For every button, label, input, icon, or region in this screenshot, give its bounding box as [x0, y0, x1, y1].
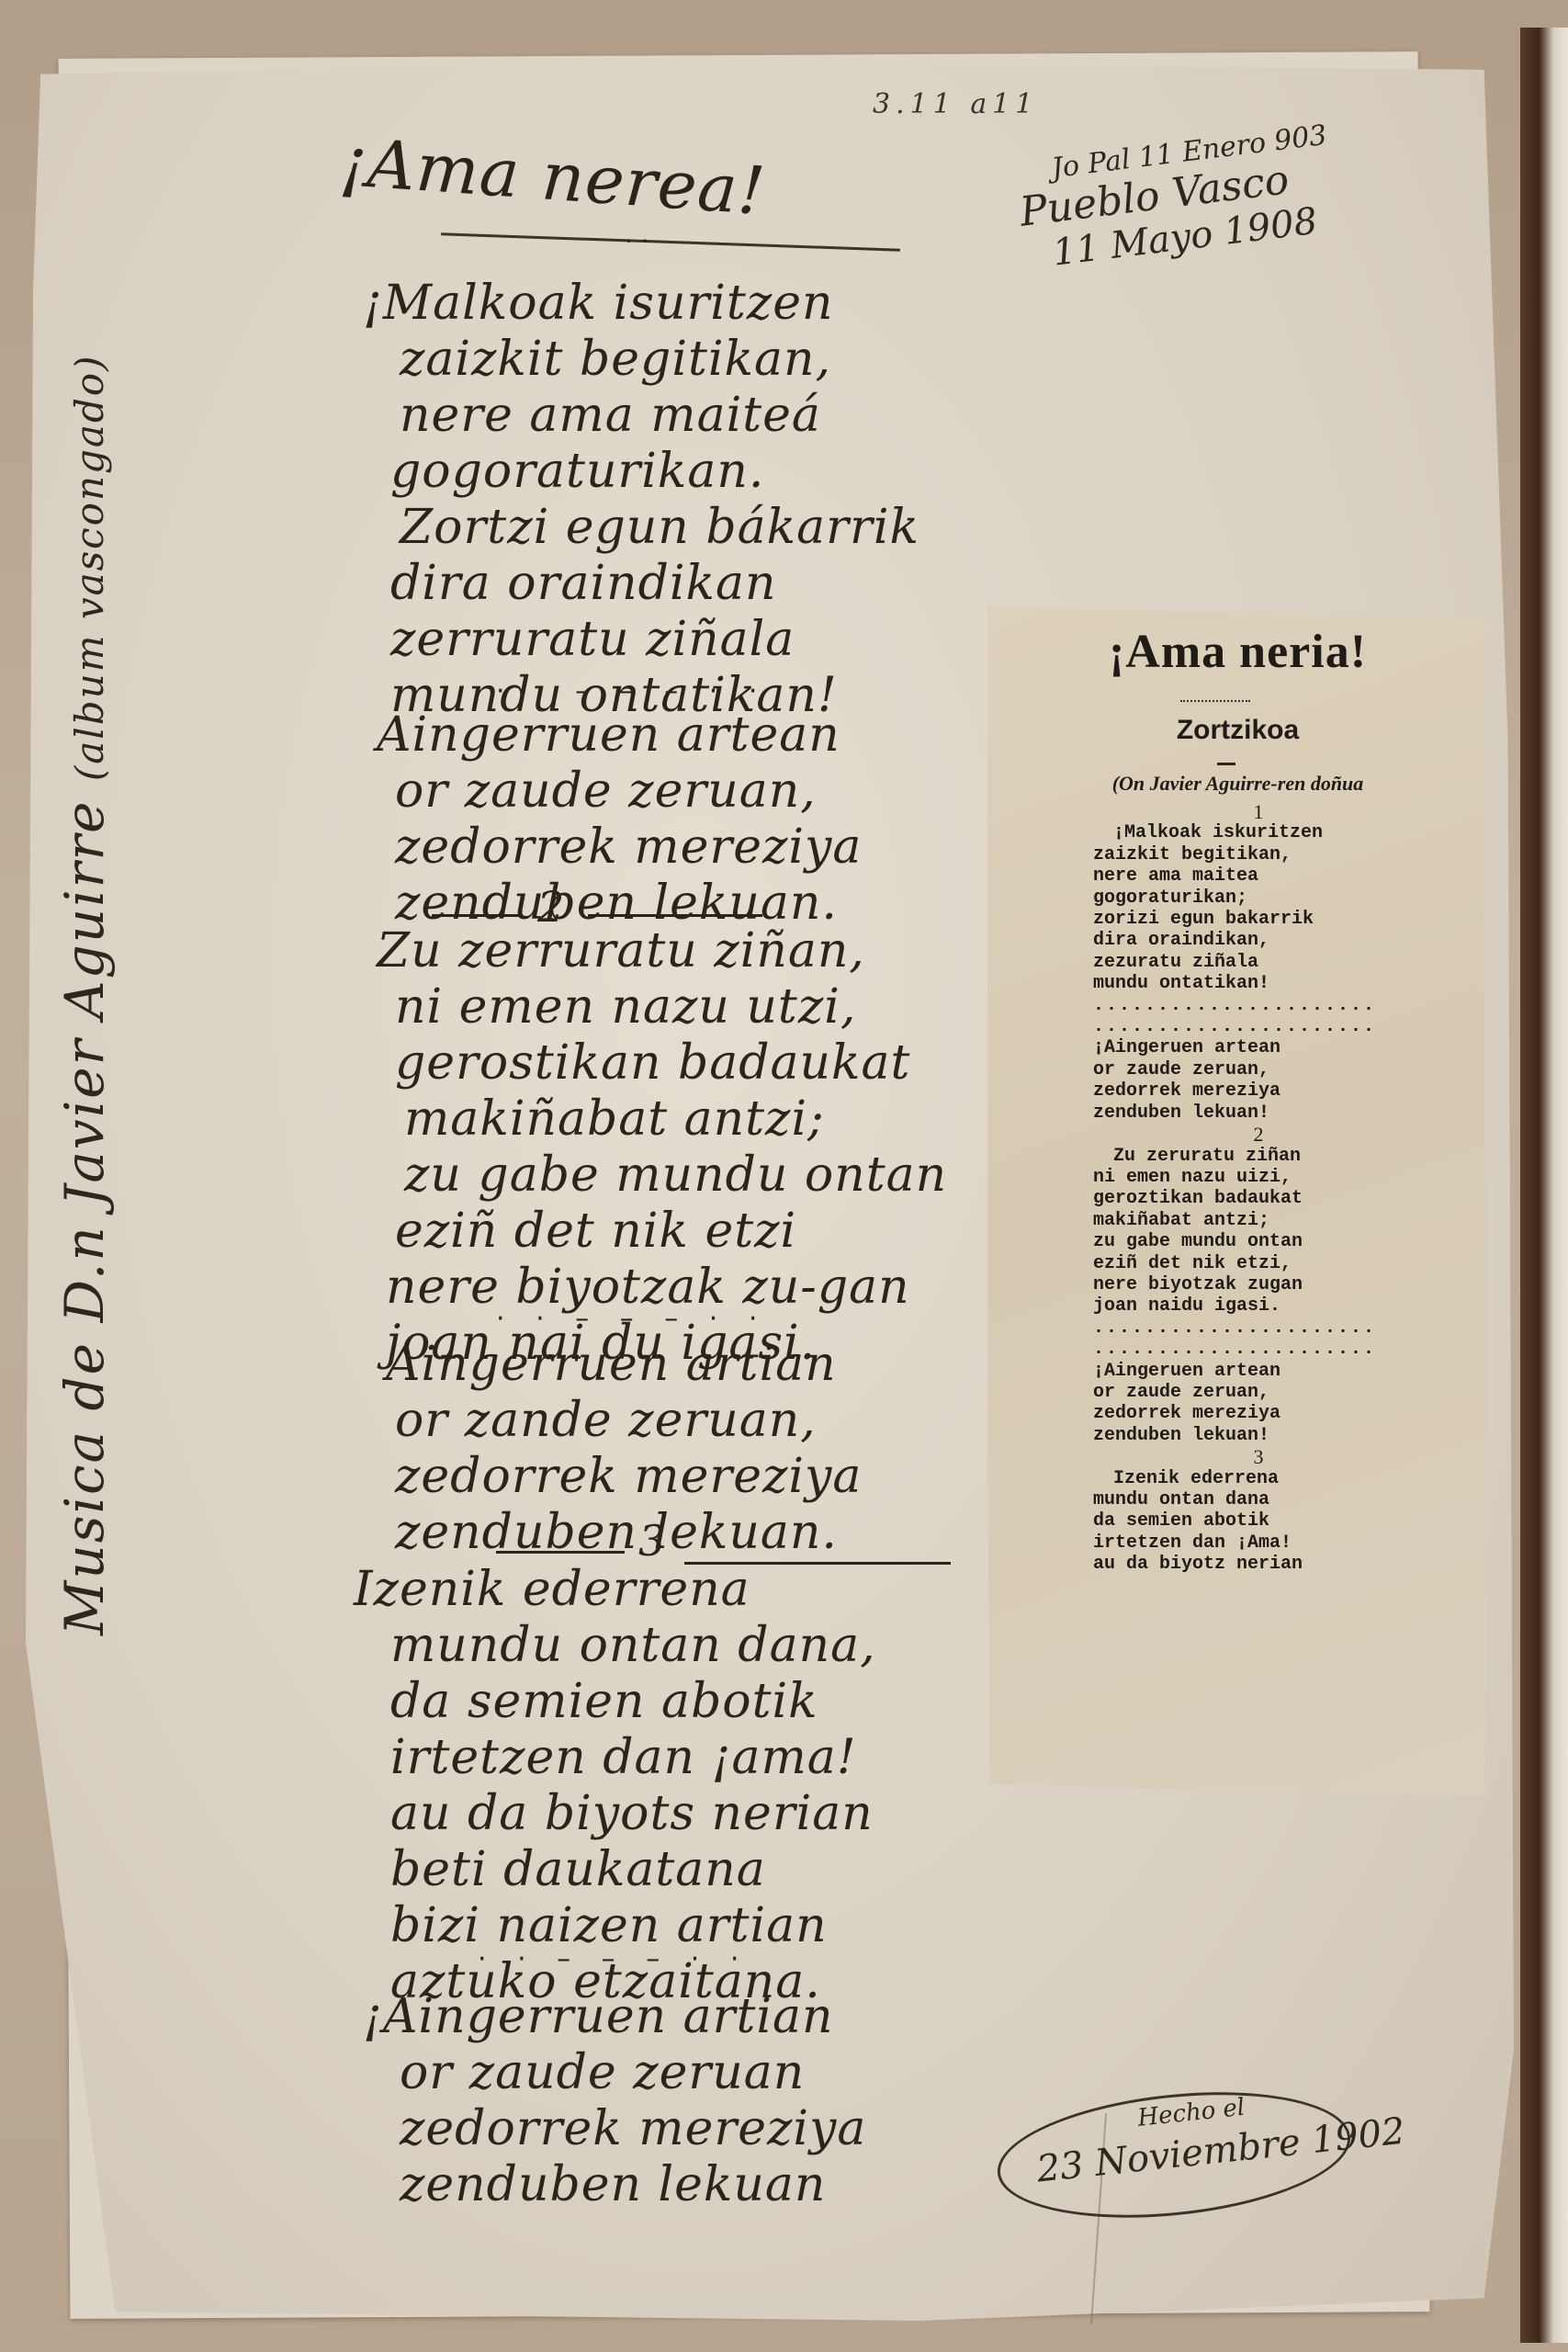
- verse-line: zenduben lekuan: [363, 2157, 866, 2213]
- verse-line: au da biyots nerian: [354, 1786, 876, 1842]
- print-line: zenduben lekuan!: [1093, 1425, 1461, 1446]
- date-note-line-1: Hecho el: [1136, 2094, 1246, 2132]
- clipping-credit: (On Javier Aguirre-ren doñua: [987, 772, 1488, 796]
- side-note-paren: (album vascongado): [67, 354, 112, 781]
- verse-line: zedorrek mereziya: [377, 820, 862, 876]
- verse-line: Izenik ederrena: [354, 1562, 876, 1618]
- number-rule-left: [432, 914, 519, 917]
- verse-line: ¡Malkoak isuritzen: [363, 276, 919, 332]
- verse-line: Zu zerruratu ziñan,: [377, 923, 947, 979]
- verse-line: Aingerruen artian: [386, 1337, 862, 1393]
- verse-line: zu gabe mundu ontan: [377, 1148, 947, 1204]
- verse-line: Zortzi egun bákarrik: [363, 500, 919, 556]
- top-pencil-marks: 3.11 a11: [873, 88, 1038, 120]
- verse-line: dira oraindikan: [363, 556, 919, 612]
- verse-line: ¡Aingerruen artian: [363, 1989, 866, 2045]
- verse-line: gerostikan badaukat: [377, 1035, 947, 1091]
- print-line: geroztikan badaukat: [1093, 1188, 1461, 1209]
- stanza-separator: · · – – – · ·: [496, 675, 768, 707]
- clipping-dash: [1217, 763, 1235, 765]
- side-note: Musica de D.n Javier Aguirre (album vasc…: [53, 354, 116, 1635]
- print-line: zezuratu ziñala: [1093, 952, 1461, 973]
- stanza-separator: · · – – – · ·: [496, 1303, 768, 1335]
- dotted-separator: ......................: [1093, 995, 1461, 1016]
- print-line: nere ama maitea: [1093, 865, 1461, 887]
- verse-line: da semien abotik: [354, 1674, 876, 1730]
- title-ornament: · ·: [625, 226, 649, 256]
- newspaper-clipping: ¡Ama neria! Zortzikoa (On Javier Aguirre…: [987, 606, 1488, 1796]
- print-line: ni emen nazu uizi,: [1093, 1167, 1461, 1188]
- print-line: zedorrek mereziya: [1093, 1080, 1461, 1102]
- stanza-number-3: 3: [638, 1516, 665, 1566]
- verse-line: gogoraturikan.: [363, 444, 919, 500]
- chorus-1: Aingerruen artean or zaude zeruan, zedor…: [377, 707, 862, 932]
- print-line: or zaude zeruan,: [1093, 1059, 1461, 1080]
- print-line: da semien abotik: [1093, 1510, 1461, 1532]
- print-line: irtetzen dan ¡Ama!: [1093, 1532, 1461, 1554]
- print-line: zaizkit begitikan,: [1093, 844, 1461, 865]
- print-line: mundu ontan dana: [1093, 1489, 1461, 1510]
- verse-line: beti daukatana: [354, 1842, 876, 1898]
- print-line: ¡Malkoak iskuritzen: [1093, 822, 1461, 843]
- verse-line: mundu ontan dana,: [354, 1618, 876, 1674]
- print-line: eziñ det nik etzi,: [1093, 1253, 1461, 1274]
- print-line: au da biyotz nerian: [1093, 1554, 1461, 1575]
- print-line: or zaude zeruan,: [1093, 1382, 1461, 1403]
- stanza-separator: · · – – – · ·: [478, 1943, 750, 1975]
- dotted-separator: ......................: [1093, 1016, 1461, 1037]
- number-rule-right: [588, 914, 762, 917]
- chorus-2: Aingerruen artian or zande zeruan, zedor…: [386, 1337, 862, 1561]
- print-line: zu gabe mundu ontan: [1093, 1231, 1461, 1252]
- clipping-title: ¡Ama neria!: [987, 625, 1488, 679]
- clipping-subtitle: Zortzikoa: [987, 715, 1488, 746]
- verse-line: makiñabat antzi;: [377, 1091, 947, 1148]
- verse-line: or zande zeruan,: [386, 1393, 862, 1449]
- print-line: ¡Aingeruen artean: [1093, 1361, 1461, 1382]
- verse-line: zaizkit begitikan,: [363, 332, 919, 388]
- dotted-separator: ......................: [1093, 1339, 1461, 1360]
- print-line: ¡Aingeruen artean: [1093, 1037, 1461, 1058]
- number-rule-left: [496, 1551, 625, 1554]
- print-line: joan naidu igasi.: [1093, 1295, 1461, 1317]
- verse-line: zerruratu ziñala: [363, 612, 919, 668]
- chorus-3: ¡Aingerruen artian or zaude zeruan zedor…: [363, 1989, 866, 2213]
- print-line: zenduben lekuan!: [1093, 1102, 1461, 1124]
- print-line: mundu ontatikan!: [1093, 973, 1461, 994]
- section-number: 3: [1093, 1446, 1461, 1467]
- stanza-1: ¡Malkoak isuritzen zaizkit begitikan, ne…: [363, 276, 919, 724]
- print-line: nere biyotzak zugan: [1093, 1274, 1461, 1295]
- verse-line: nere ama maiteá: [363, 388, 919, 444]
- verse-line: Aingerruen artean: [377, 707, 862, 763]
- binder-edge: [1520, 28, 1568, 2343]
- verse-line: eziñ det nik etzi: [377, 1204, 947, 1260]
- clipping-ornament: [1180, 700, 1250, 706]
- verse-line: zedorrek mereziya: [386, 1449, 862, 1505]
- section-number: 2: [1093, 1124, 1461, 1145]
- print-line: makiñabat antzi;: [1093, 1210, 1461, 1231]
- dotted-separator: ......................: [1093, 1317, 1461, 1339]
- verse-line: ni emen nazu utzi,: [377, 979, 947, 1035]
- print-line: gogoraturikan;: [1093, 888, 1461, 909]
- verse-line: zedorrek mereziya: [363, 2101, 866, 2157]
- verse-line: irtetzen dan ¡ama!: [354, 1730, 876, 1786]
- print-line: dira oraindikan,: [1093, 930, 1461, 951]
- verse-line: or zaude zeruan,: [377, 763, 862, 820]
- print-line: Zu zeruratu ziñan: [1093, 1146, 1461, 1167]
- clipping-body: 1 ¡Malkoak iskuritzen zaizkit begitikan,…: [1093, 801, 1461, 1576]
- side-note-main: Musica de D.n Javier Aguirre: [53, 800, 116, 1635]
- verse-line: or zaude zeruan: [363, 2045, 866, 2101]
- print-line: Izenik ederrena: [1093, 1468, 1461, 1489]
- print-line: zedorrek mereziya: [1093, 1403, 1461, 1424]
- print-line: zorizi egun bakarrik: [1093, 909, 1461, 930]
- section-number: 1: [1093, 801, 1461, 822]
